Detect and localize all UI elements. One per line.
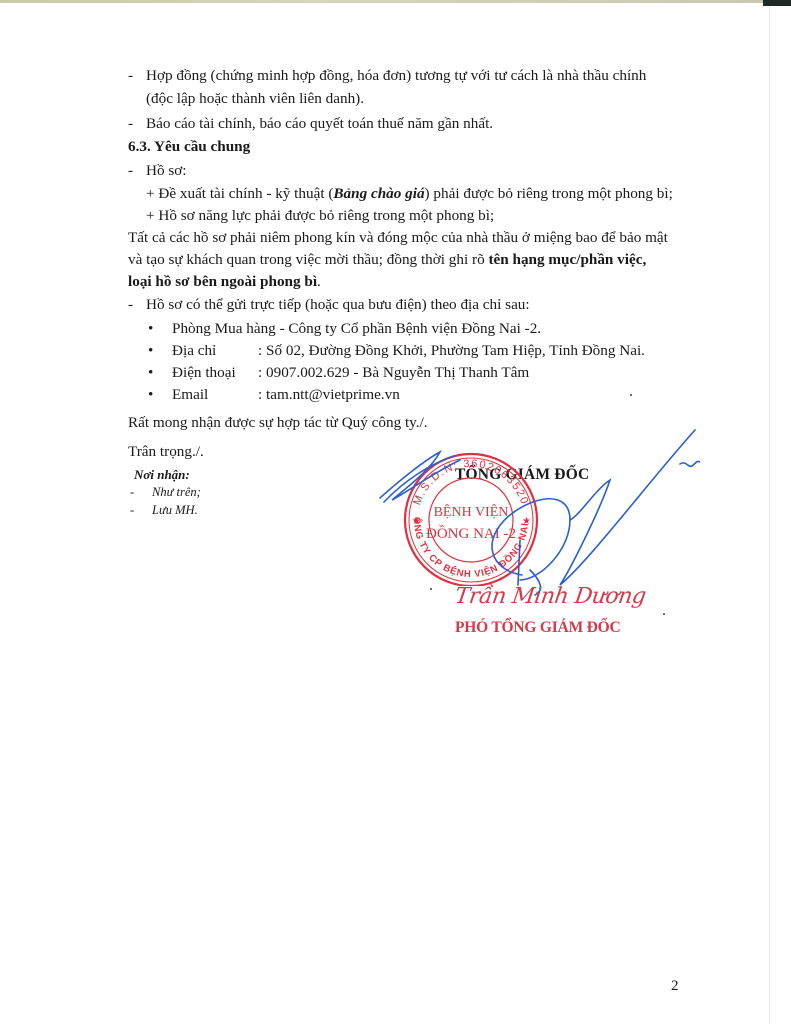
paragraph-emphasis: tên hạng mục/phần việc, <box>488 251 646 268</box>
scan-speck <box>663 613 665 615</box>
quote-sheet-emphasis: Bảng chào giá <box>333 185 424 202</box>
recipient-item: Lưu MH. <box>152 502 198 519</box>
contact-phone-label: Điện thoại <box>172 362 236 383</box>
list-item-send-intro: Hồ sơ có thể gửi trực tiếp (hoặc qua bưu… <box>146 294 530 315</box>
sub-item-text: Hồ sơ năng lực phải được bỏ riêng trong … <box>158 207 494 224</box>
paragraph-text: và tạo sự khách quan trong việc mời thầu… <box>128 251 488 268</box>
plus-marker: + <box>146 207 155 224</box>
recipient-item: Như trên; <box>152 484 201 501</box>
contact-address-label: Địa chỉ <box>172 340 216 361</box>
list-dash: - <box>128 294 133 315</box>
scan-speck <box>430 588 432 590</box>
contact-address-value: : Số 02, Đường Đồng Khởi, Phường Tam Hiệ… <box>258 340 645 361</box>
list-dash: - <box>128 65 133 86</box>
signer-name: Trần Minh Dương <box>454 586 647 607</box>
contact-email-label: Email <box>172 384 208 405</box>
list-dash: - <box>128 113 133 134</box>
paragraph-sealing-line1: Tất cả các hồ sơ phải niêm phong kín và … <box>128 227 668 248</box>
list-dash: - <box>130 502 134 519</box>
plus-marker: + <box>146 185 155 202</box>
regards-line: Trân trọng./. <box>128 441 204 462</box>
list-item-contract: Hợp đồng (chứng minh hợp đồng, hóa đơn) … <box>146 65 646 86</box>
page-number: 2 <box>671 976 679 997</box>
bullet-icon: • <box>148 318 153 339</box>
contact-email-value[interactable]: : tam.ntt@vietprime.vn <box>258 384 400 405</box>
signer-role: PHÓ TỔNG GIÁM ĐỐC <box>455 617 621 638</box>
sub-item-capability-profile: + Hồ sơ năng lực phải được bỏ riêng tron… <box>146 205 494 226</box>
bullet-icon: • <box>148 340 153 361</box>
sub-item-text-post: ) phải được bỏ riêng trong một phong bì; <box>425 185 673 202</box>
paragraph-sealing-line2: và tạo sự khách quan trong việc mời thầu… <box>128 249 646 270</box>
paragraph-emphasis: loại hồ sơ bên ngoài phong bì <box>128 273 317 290</box>
document-page: - Hợp đồng (chứng minh hợp đồng, hóa đơn… <box>0 0 791 1024</box>
scan-speck <box>630 394 632 396</box>
contact-department: Phòng Mua hàng - Công ty Cổ phần Bệnh vi… <box>172 318 541 339</box>
section-heading: 6.3. Yêu cầu chung <box>128 136 250 157</box>
paragraph-sealing-line3: loại hồ sơ bên ngoài phong bì. <box>128 271 321 292</box>
list-dash: - <box>130 484 134 501</box>
list-dash: - <box>128 160 133 181</box>
sub-item-financial-proposal: + Đề xuất tài chính - kỹ thuật (Bảng chà… <box>146 183 673 204</box>
bullet-icon: • <box>148 362 153 383</box>
list-item-ho-so: Hồ sơ: <box>146 160 187 181</box>
contact-phone-value: : 0907.002.629 - Bà Nguyễn Thị Thanh Tâm <box>258 362 529 383</box>
list-item-financial-report: Báo cáo tài chính, báo cáo quyết toán th… <box>146 113 493 134</box>
handwritten-signature-icon <box>370 420 700 610</box>
bullet-icon: • <box>148 384 153 405</box>
list-item-contract-cont: (độc lập hoặc thành viên liên danh). <box>146 88 364 109</box>
recipients-heading: Nơi nhận: <box>134 466 190 483</box>
sub-item-text-pre: Đề xuất tài chính - kỹ thuật ( <box>158 185 333 202</box>
paragraph-text: . <box>317 273 321 290</box>
